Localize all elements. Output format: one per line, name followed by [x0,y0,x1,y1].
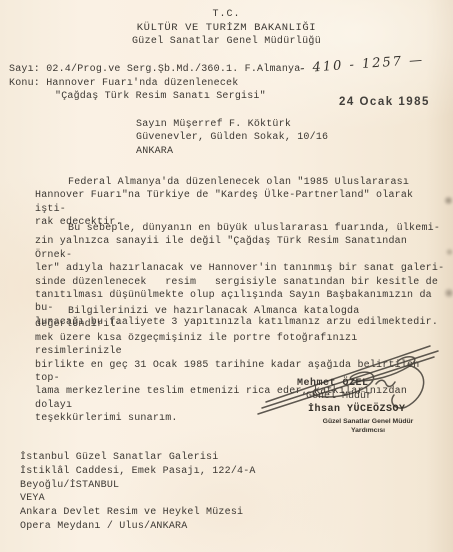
recipient-address: Sayın Müşerref F. Köktürk Güvenevler, Gü… [136,118,328,158]
recipient-name: Sayın Müşerref F. Köktürk [136,118,328,131]
delivery-addresses: İstanbul Güzel Sanatlar Galerisi İstiklâ… [20,451,256,534]
letterhead-tc: T.C. [0,9,453,20]
delivery-or-label: VEYA [20,492,256,506]
stamp-deputy-title-line2: Yardımcısı [303,427,433,436]
signatory-title: Genel Müdür [306,391,372,402]
scan-smudge [444,287,453,299]
letterhead-directorate: Güzel Sanatlar Genel Müdürlüğü [0,36,453,47]
signatory-name: Mehmet ÖZEL [297,378,369,389]
recipient-street: Güvenevler, Gülden Sokak, 10/16 [136,131,328,144]
stamp-deputy-title-line1: Güzel Sanatlar Genel Müdür [303,418,433,427]
sayi-line: Sayı: 02.4/Prog.ve Serg.Şb.Md./360.1. F.… [9,63,300,76]
konu-line2: "Çağdaş Türk Resim Sanatı Sergisi" [55,90,266,103]
delivery-museum-address: Opera Meydanı / Ulus/ANKARA [20,520,256,534]
delivery-gallery-city: Beyoğlu/İSTANBUL [20,479,256,493]
letterhead: T.C. KÜLTÜR VE TURİZM BAKANLIĞI Güzel Sa… [0,9,453,47]
handwritten-reference-number: - 410 - 1257 — [300,53,425,77]
date-stamp: 24 Ocak 1985 [339,96,430,108]
recipient-city: ANKARA [136,145,328,158]
letterhead-ministry: KÜLTÜR VE TURİZM BAKANLIĞI [0,22,453,34]
scan-smudge [443,196,453,205]
stamp-deputy-name: İhsan YÜCEÖZSOY [308,404,406,415]
scan-smudge [445,248,453,256]
delivery-gallery-street: İstiklâl Caddesi, Emek Pasajı, 122/4-A [20,465,256,479]
scanned-letter-page: T.C. KÜLTÜR VE TURİZM BAKANLIĞI Güzel Sa… [0,0,453,552]
konu-line1: Konu: Hannover Fuarı'nda düzenlenecek [9,77,238,90]
delivery-gallery-name: İstanbul Güzel Sanatlar Galerisi [20,451,256,465]
delivery-museum-name: Ankara Devlet Resim ve Heykel Müzesi [20,506,256,520]
